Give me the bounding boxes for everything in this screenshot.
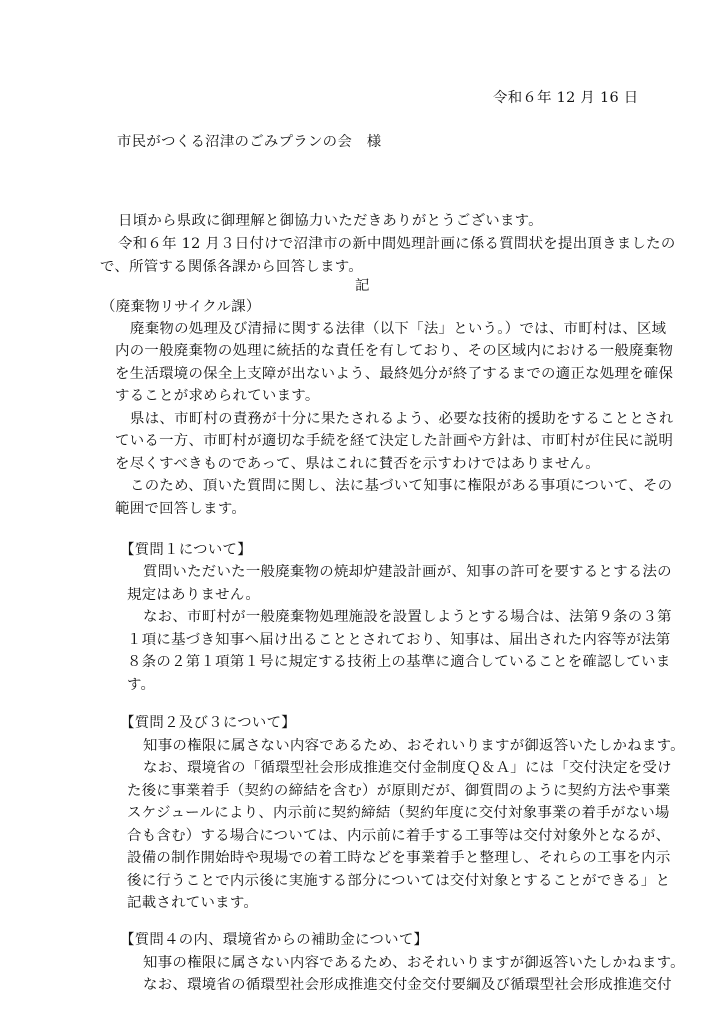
addressee: 市民がつくる沼津のごみプランの会 様 bbox=[117, 133, 381, 151]
section-line: 質問いただいた一般廃棄物の焼却炉建設計画が、知事の許可を要するとする法の bbox=[143, 563, 672, 581]
department-label: （廃棄物リサイクル課） bbox=[101, 298, 261, 316]
section-line: 知事の権限に属さない内容であるため、おそれいりますが御返答いたしかねます。 bbox=[143, 737, 685, 755]
preamble-line: 廃棄物の処理及び清掃に関する法律（以下「法」という。）では、市町村は、区域 bbox=[130, 320, 666, 338]
section-line: ８条の２第１項第１号に規定する技術上の基準に適合していることを確認していま bbox=[127, 653, 671, 671]
section-line: スケジュールにより、内示前に契約締結（契約年度に交付対象事業の着手がない場 bbox=[127, 804, 670, 822]
intro-line: で、所管する関係各課から回答します。 bbox=[100, 258, 363, 276]
preamble-line: 範囲で回答します。 bbox=[115, 500, 246, 518]
preamble-line: を生活環境の保全上支障が出ないよう、最終処分が終了するまでの適正な処理を確保 bbox=[115, 365, 673, 383]
preamble-line: 内の一般廃棄物の処理に統括的な責任を有しており、その区域内における一般廃棄物 bbox=[115, 342, 673, 360]
section-line: 知事の権限に属さない内容であるため、おそれいりますが御返答いたしかねます。 bbox=[143, 954, 685, 972]
section-line: た後に事業着手（契約の締結を含む）が原則だが、御質問のように契約方法や事業 bbox=[127, 782, 671, 800]
section-line: なお、環境省の「循環型社会形成推進交付金制度Ｑ＆Ａ」には「交付決定を受け bbox=[143, 759, 672, 777]
preamble-line: することが求められています。 bbox=[115, 387, 320, 405]
preamble-line: を尽くすべきものであって、県はこれに賛否を示すわけではありません。 bbox=[115, 455, 600, 473]
section-line: 後に行うことで内示後に実施する部分については交付対象とすることができる」と bbox=[127, 872, 670, 890]
section-line: 設備の制作開始時や現場での着工時などを事業着手と整理し、それらの工事を内示 bbox=[127, 849, 671, 867]
section-line: なお、市町村が一般廃棄物処理施設を設置しようとする場合は、法第９条の３第 bbox=[143, 608, 672, 626]
section-line: 記載されています。 bbox=[127, 894, 258, 912]
section-line: １項に基づき知事へ届け出ることとされており、知事は、届出された内容等が法第 bbox=[127, 631, 671, 649]
preamble-line: このため、頂いた質問に関し、法に基づいて知事に権限がある事項について、その bbox=[130, 477, 672, 495]
section-line: 規定はありません。 bbox=[127, 586, 260, 604]
section-heading-q1: 【質問１について】 bbox=[120, 541, 252, 559]
section-heading-q4: 【質問４の内、環境省からの補助金について】 bbox=[120, 931, 428, 949]
section-heading-q2-q3: 【質問２及び３について】 bbox=[120, 714, 296, 732]
section-line: す。 bbox=[127, 676, 155, 694]
document-date: 令和６年 12 月 16 日 bbox=[493, 89, 638, 107]
preamble-line: ている一方、市町村が適切な手続を経て決定した計画や方針は、市町村が住民に説明 bbox=[115, 432, 673, 450]
ki-heading: 記 bbox=[355, 277, 370, 295]
preamble-line: 県は、市町村の責務が十分に果たされるよう、必要な技術的援助をすることとされ bbox=[130, 410, 674, 428]
document-page: 令和６年 12 月 16 日 市民がつくる沼津のごみプランの会 様 日頃から県政… bbox=[0, 0, 724, 1024]
greeting-line: 日頃から県政に御理解と御協力いただきありがとうございます。 bbox=[118, 212, 543, 230]
section-line: なお、環境省の循環型社会形成推進交付金交付要綱及び循環型社会形成推進交付 bbox=[143, 976, 672, 994]
section-line: 合も含む）する場合については、内示前に着手する工事等は交付対象外となるが、 bbox=[127, 827, 670, 845]
intro-line: 令和６年 12 月３日付けで沼津市の新中間処理計画に係る質問状を提出頂きましたの bbox=[118, 235, 676, 253]
